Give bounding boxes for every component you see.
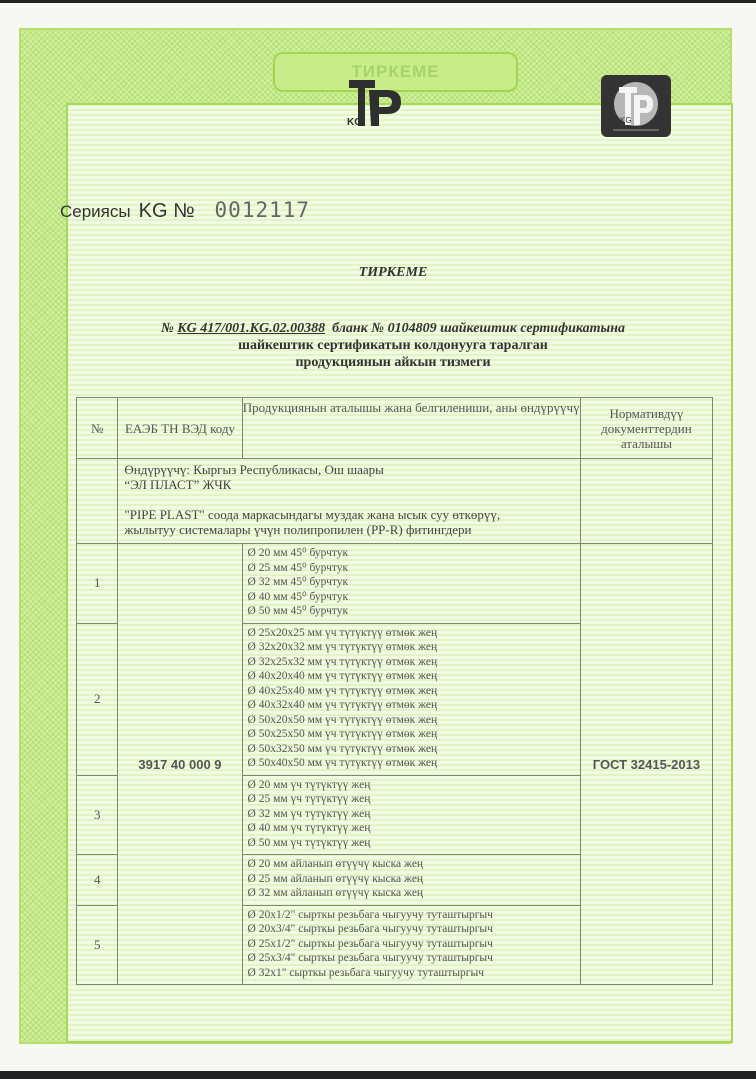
product-item: Ø 50 мм үч түтүктүү жең: [248, 836, 575, 851]
product-item: Ø 40x20x40 мм үч түтүктүү өтмөк жең: [248, 669, 575, 684]
product-item: Ø 25x1/2" сырткы резьбага чыгуучу туташт…: [248, 937, 575, 952]
product-description-1: "PIPE PLAST" соода маркасындагы муздак ж…: [124, 507, 573, 522]
product-item: Ø 32 мм айланып өтүүчү кыска жең: [248, 886, 575, 901]
manufacturer-name: “ЭЛ ПЛАСТ” ЖЧК: [124, 477, 573, 492]
blank-number-text: бланк № 0104809 шайкештик сертификатына: [332, 321, 625, 336]
product-item: Ø 50x32x50 мм үч түтүктүү өтмөк жең: [248, 742, 575, 757]
series-number: Сериясы KG № 0012117: [60, 198, 310, 223]
product-item: Ø 40 мм үч түтүктүү жең: [248, 821, 575, 836]
product-item: Ø 40 мм 45⁰ бурчтук: [248, 590, 575, 605]
row-number: 4: [77, 855, 118, 906]
row-number: 1: [77, 544, 118, 624]
series-value: 0012117: [215, 198, 311, 222]
product-description-2: жылытуу системалары үчүн полипропилен (P…: [124, 522, 573, 537]
product-item: Ø 20 мм үч түтүктүү жең: [248, 778, 575, 793]
manufacturer-row: Өндүрүүчү: Кыргыз Республикасы, Ош шаары…: [77, 459, 713, 544]
header-name: Продукциянын аталышы жана белгилениши, а…: [242, 398, 580, 459]
manufacturer-cell: Өндүрүүчү: Кыргыз Республикасы, Ош шаары…: [118, 459, 580, 544]
product-table: № ЕАЭБ ТН ВЭД коду Продукциянын аталышы …: [76, 397, 713, 985]
certificate-number: KG 417/001.KG.02.00388: [177, 321, 325, 336]
header-norm: Нормативдүү документтердин аталышы: [580, 398, 712, 459]
product-item: Ø 32x1" сырткы резьбага чыгуучу туташтыр…: [248, 966, 575, 981]
product-item: Ø 32x25x32 мм үч түтүктүү өтмөк жең: [248, 655, 575, 670]
header-code: ЕАЭБ ТН ВЭД коду: [118, 398, 242, 459]
subtitle-line-1: № KG 417/001.KG.02.00388 бланк № 0104809…: [30, 320, 756, 337]
standard-cell: ГОСТ 32415-2013: [580, 544, 712, 985]
series-label: Сериясы: [60, 202, 131, 222]
product-item: Ø 40x25x40 мм үч түтүктүү өтмөк жең: [248, 684, 575, 699]
tr-kg-seal-icon: KG: [601, 75, 671, 137]
manufacturer-norm-cell: [580, 459, 712, 544]
product-item: Ø 25 мм 45⁰ бурчтук: [248, 561, 575, 576]
product-item: Ø 50x20x50 мм үч түтүктүү өтмөк жең: [248, 713, 575, 728]
tr-kg-logo-icon: KG: [345, 78, 405, 128]
top-edge-bar: [0, 0, 756, 3]
subtitle-line-2: шайкештик сертификатын колдонууга таралг…: [30, 337, 756, 354]
svg-text:KG: KG: [347, 117, 362, 128]
table-header-row: № ЕАЭБ ТН ВЭД коду Продукциянын аталышы …: [77, 398, 713, 459]
product-item: Ø 25x20x25 мм үч түтүктүү өтмөк жең: [248, 626, 575, 641]
product-item: Ø 20x3/4" сырткы резьбага чыгуучу туташт…: [248, 922, 575, 937]
row-number: 3: [77, 775, 118, 855]
product-item: Ø 32 мм үч түтүктүү жең: [248, 807, 575, 822]
product-item: Ø 25 мм айланып өтүүчү кыска жең: [248, 872, 575, 887]
manufacturer-no-cell: [77, 459, 118, 544]
product-items-cell: Ø 25x20x25 мм үч түтүктүү өтмөк жеңØ 32x…: [242, 623, 580, 775]
product-item: Ø 32 мм 45⁰ бурчтук: [248, 575, 575, 590]
product-item: Ø 20x1/2" сырткы резьбага чыгуучу туташт…: [248, 908, 575, 923]
product-item: Ø 25x3/4" сырткы резьбага чыгуучу туташт…: [248, 951, 575, 966]
product-item: Ø 50x40x50 мм үч түтүктүү өтмөк жең: [248, 756, 575, 771]
row-number: 5: [77, 905, 118, 985]
subtitle-line-3: продукциянын айкын тизмеги: [30, 354, 756, 371]
product-item: Ø 20 мм 45⁰ бурчтук: [248, 546, 575, 561]
product-items-cell: Ø 20 мм айланып өтүүчү кыска жеңØ 25 мм …: [242, 855, 580, 906]
document-subtitle: № KG 417/001.KG.02.00388 бланк № 0104809…: [0, 320, 756, 371]
bottom-edge-bar: [0, 1071, 756, 1079]
manufacturer-location: Өндүрүүчү: Кыргыз Республикасы, Ош шаары: [124, 462, 573, 477]
hs-code-cell: 3917 40 000 9: [118, 544, 242, 985]
product-items-cell: Ø 20x1/2" сырткы резьбага чыгуучу туташт…: [242, 905, 580, 985]
product-item: Ø 50 мм 45⁰ бурчтук: [248, 604, 575, 619]
series-prefix: KG №: [139, 200, 195, 223]
svg-text:KG: KG: [620, 116, 632, 125]
product-item: Ø 40x32x40 мм үч түтүктүү өтмөк жең: [248, 698, 575, 713]
product-items-cell: Ø 20 мм үч түтүктүү жеңØ 25 мм үч түтүкт…: [242, 775, 580, 855]
product-items-cell: Ø 20 мм 45⁰ бурчтукØ 25 мм 45⁰ бурчтукØ …: [242, 544, 580, 624]
row-number: 2: [77, 623, 118, 775]
product-item: Ø 25 мм үч түтүктүү жең: [248, 792, 575, 807]
product-item: Ø 50x25x50 мм үч түтүктүү өтмөк жең: [248, 727, 575, 742]
number-sign: №: [161, 321, 174, 336]
table-row: 13917 40 000 9Ø 20 мм 45⁰ бурчтукØ 25 мм…: [77, 544, 713, 624]
product-item: Ø 32x20x32 мм үч түтүктүү өтмөк жең: [248, 640, 575, 655]
document-heading: ТИРКЕМЕ: [0, 265, 756, 281]
product-item: Ø 20 мм айланып өтүүчү кыска жең: [248, 857, 575, 872]
header-no: №: [77, 398, 118, 459]
